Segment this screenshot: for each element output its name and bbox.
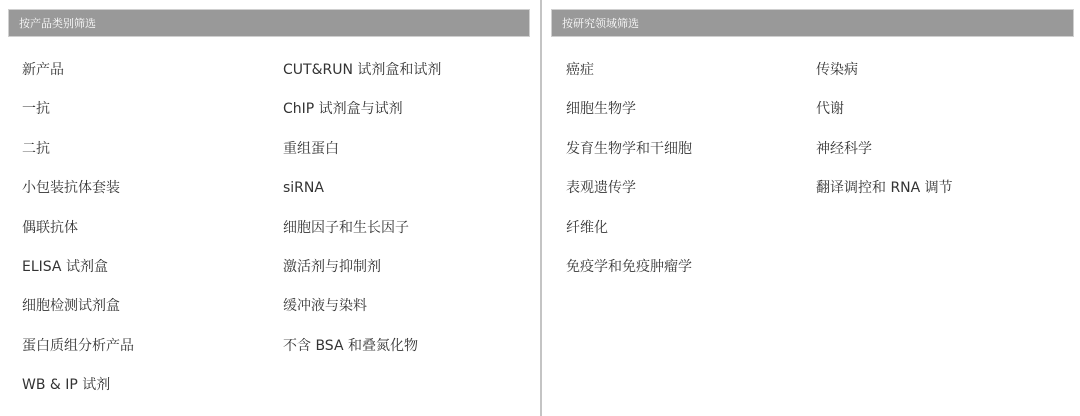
- filter-link-bsa-azide-free[interactable]: 不含 BSA 和叠氮化物: [283, 333, 441, 372]
- filter-link-secondary-antibodies[interactable]: 二抗: [22, 136, 134, 175]
- product-category-filter-header: 按产品类别筛选: [8, 9, 530, 37]
- filter-link-translational-rna-regulation[interactable]: 翻译调控和 RNA 调节: [816, 175, 953, 214]
- filter-link-recombinant-proteins[interactable]: 重组蛋白: [283, 136, 441, 175]
- filter-link-fibrosis[interactable]: 纤维化: [566, 215, 692, 254]
- filter-link-cut-run[interactable]: CUT&RUN 试剂盒和试剂: [283, 57, 441, 96]
- filter-link-cell-assay-kits[interactable]: 细胞检测试剂盒: [22, 293, 134, 332]
- filter-link-cell-biology[interactable]: 细胞生物学: [566, 96, 692, 135]
- filter-link-proteomics-products[interactable]: 蛋白质组分析产品: [22, 333, 134, 372]
- product-category-column-1: 新产品 一抗 二抗 小包装抗体套装 偶联抗体 ELISA 试剂盒 细胞检测试剂盒…: [22, 57, 134, 412]
- filter-link-cytokines-growth-factors[interactable]: 细胞因子和生长因子: [283, 215, 441, 254]
- research-area-filter-header: 按研究领域筛选: [551, 9, 1074, 37]
- filter-link-neuroscience[interactable]: 神经科学: [816, 136, 953, 175]
- filter-link-conjugated-antibodies[interactable]: 偶联抗体: [22, 215, 134, 254]
- product-category-filter-panel: 按产品类别筛选 新产品 一抗 二抗 小包装抗体套装 偶联抗体 ELISA 试剂盒…: [0, 0, 540, 416]
- filter-link-new-products[interactable]: 新产品: [22, 57, 134, 96]
- filter-link-elisa-kits[interactable]: ELISA 试剂盒: [22, 254, 134, 293]
- product-category-column-2: CUT&RUN 试剂盒和试剂 ChIP 试剂盒与试剂 重组蛋白 siRNA 细胞…: [283, 57, 441, 372]
- filter-link-metabolism[interactable]: 代谢: [816, 96, 953, 135]
- filter-link-developmental-stem-cells[interactable]: 发育生物学和干细胞: [566, 136, 692, 175]
- filter-link-buffers-dyes[interactable]: 缓冲液与染料: [283, 293, 441, 332]
- filter-link-chip-kits[interactable]: ChIP 试剂盒与试剂: [283, 96, 441, 135]
- research-area-column-1: 癌症 细胞生物学 发育生物学和干细胞 表观遗传学 纤维化 免疫学和免疫肿瘤学: [566, 57, 692, 293]
- filter-link-cancer[interactable]: 癌症: [566, 57, 692, 96]
- filter-link-activators-inhibitors[interactable]: 激活剂与抑制剂: [283, 254, 441, 293]
- filter-link-epigenetics[interactable]: 表观遗传学: [566, 175, 692, 214]
- filter-link-wb-ip-reagents[interactable]: WB & IP 试剂: [22, 372, 134, 411]
- research-area-column-2: 传染病 代谢 神经科学 翻译调控和 RNA 调节: [816, 57, 953, 215]
- filter-link-primary-antibodies[interactable]: 一抗: [22, 96, 134, 135]
- research-area-filter-panel: 按研究领域筛选 癌症 细胞生物学 发育生物学和干细胞 表观遗传学 纤维化 免疫学…: [542, 0, 1080, 416]
- filter-link-sirna[interactable]: siRNA: [283, 175, 441, 214]
- filter-link-immunology-immuno-oncology[interactable]: 免疫学和免疫肿瘤学: [566, 254, 692, 293]
- filter-link-small-pack-antibody-kits[interactable]: 小包装抗体套装: [22, 175, 134, 214]
- filter-link-infectious-disease[interactable]: 传染病: [816, 57, 953, 96]
